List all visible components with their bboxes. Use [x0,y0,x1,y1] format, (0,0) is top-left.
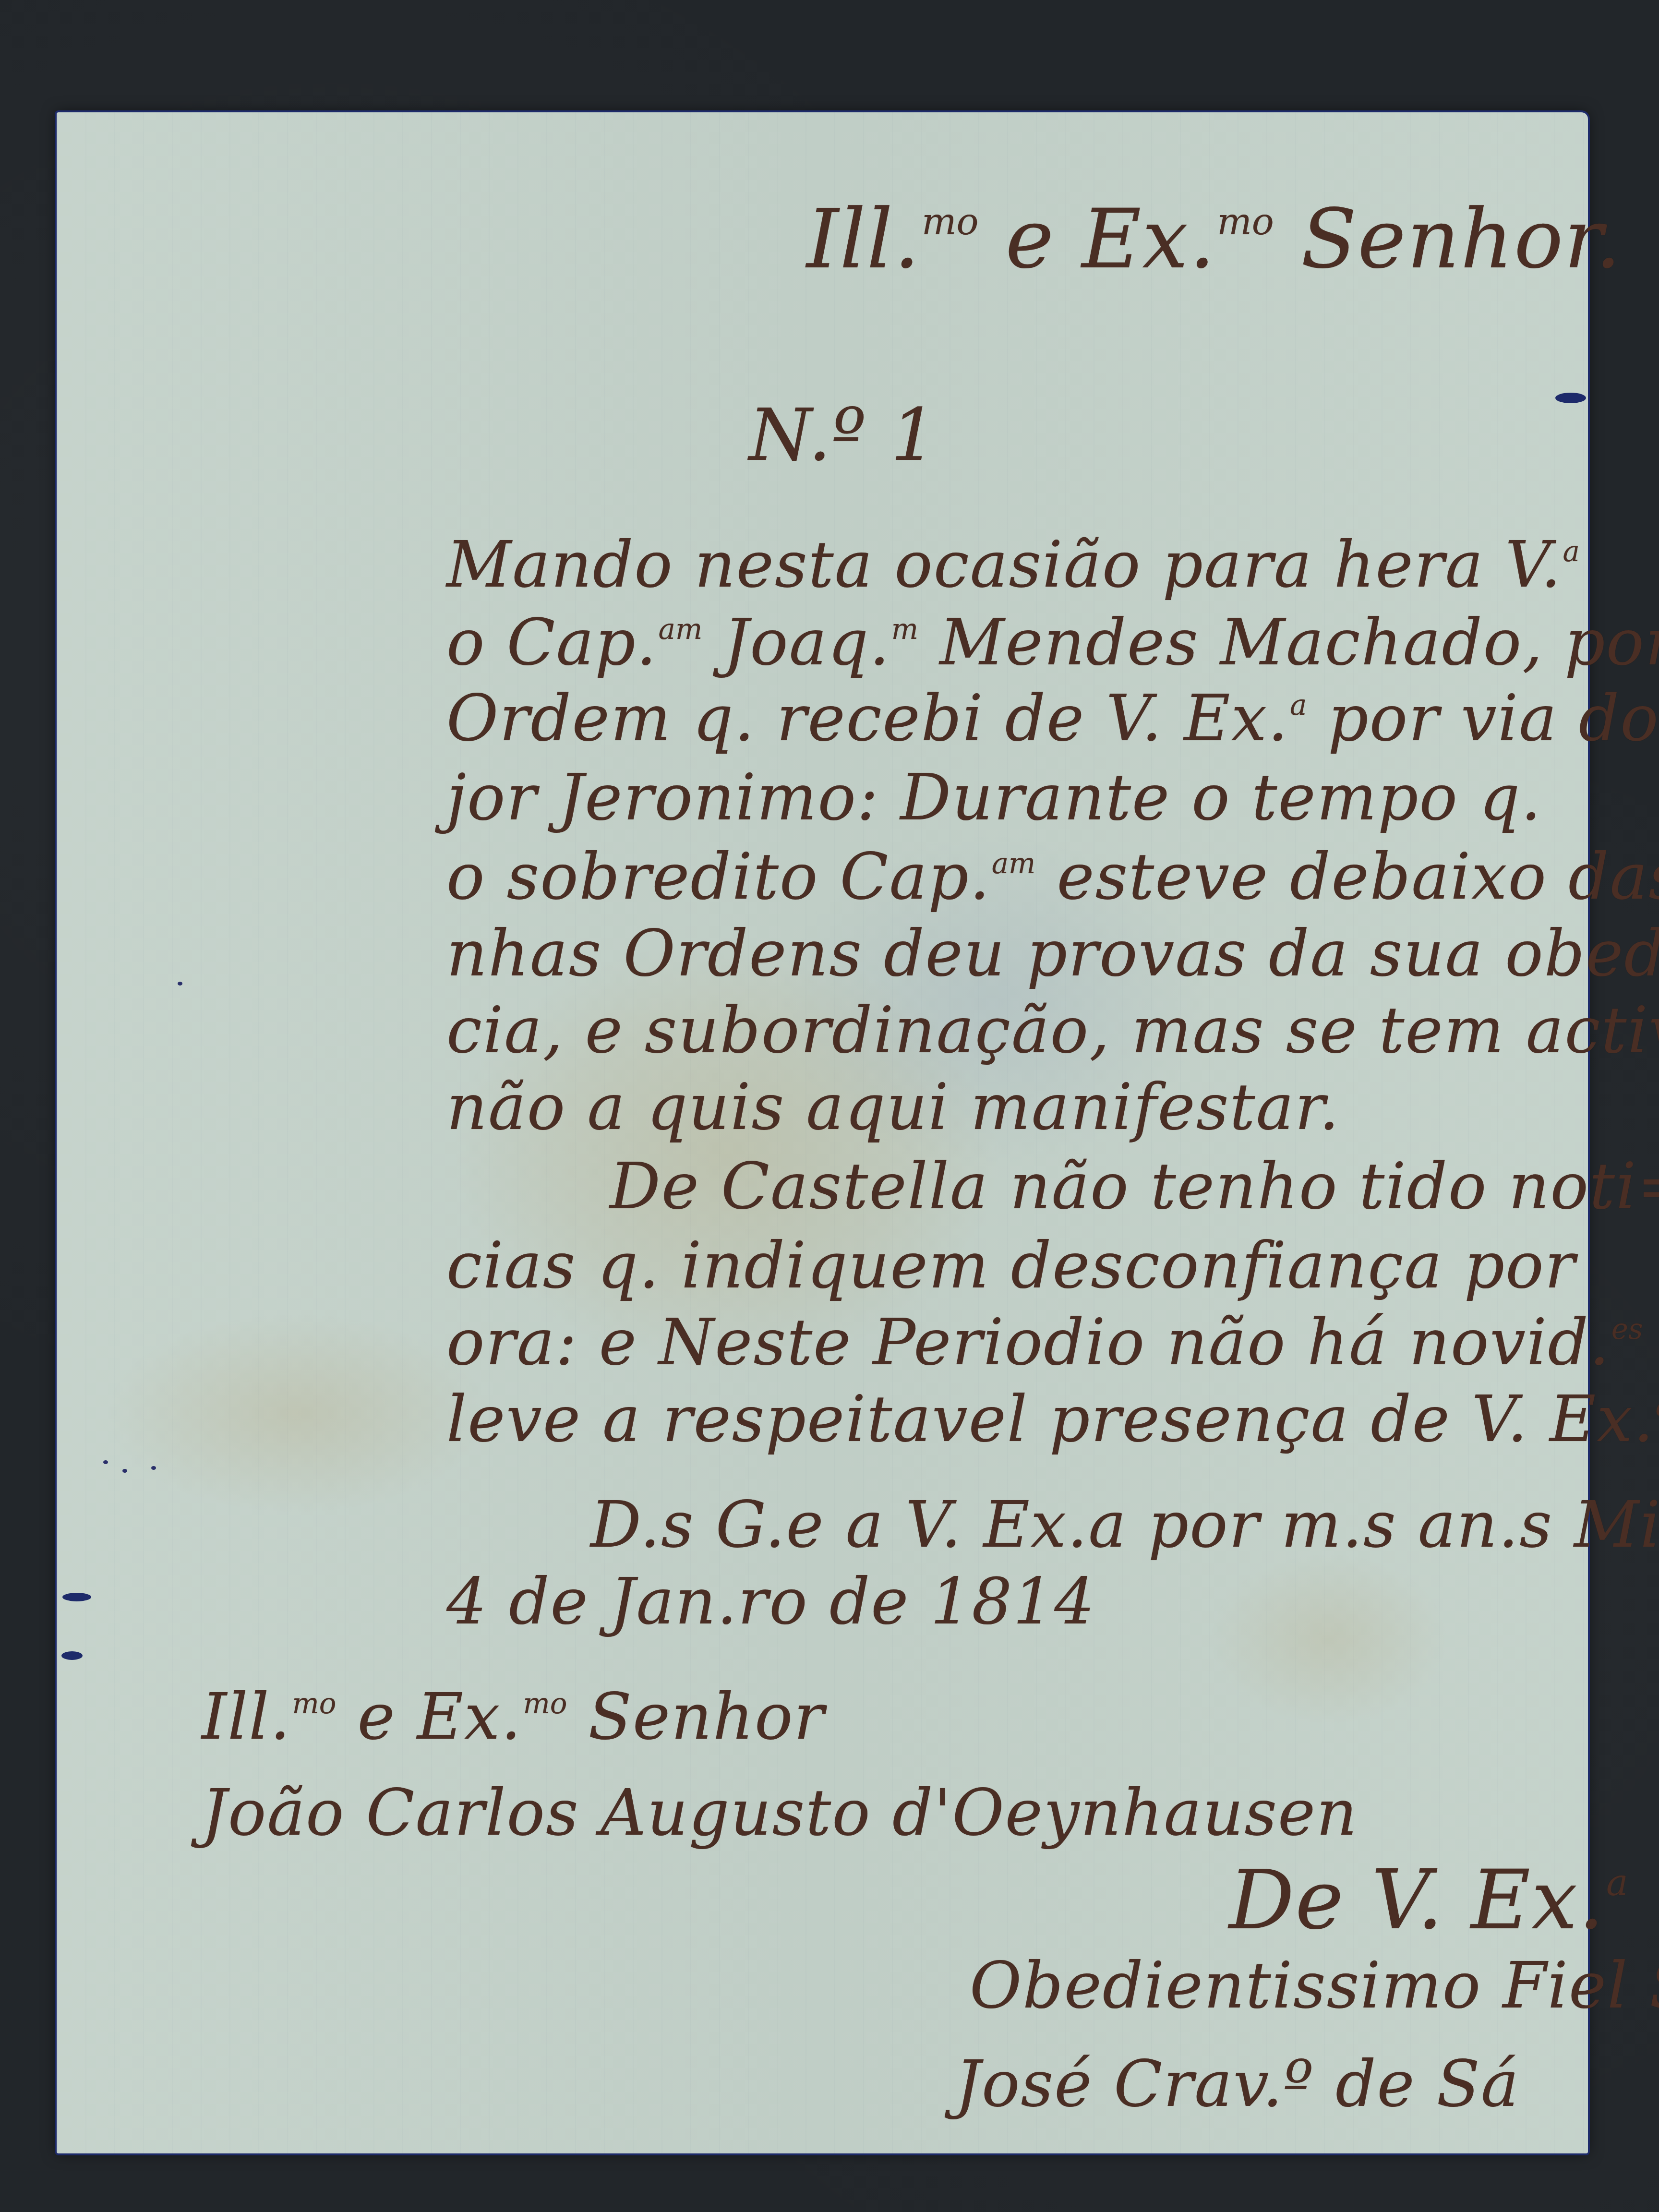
body-line: não a quis aqui manifestar. [446,1070,1340,1144]
edge-tear-mark [62,1593,91,1601]
water-stain [1209,1552,1449,1725]
body-line: cias q. indiquem desconfiança por [446,1229,1576,1303]
edge-tear-mark [61,1651,83,1660]
superscript: a [1563,535,1580,568]
salutation-senhor: Senhor. [1301,192,1622,287]
ink-dot [151,1466,156,1470]
body-text: cia, e subordinação, mas se tem activida… [446,994,1659,1068]
salutation-ill: Ill. [806,192,921,287]
body-line: Mando nesta ocasião para hera V.a [446,528,1580,602]
body-line: nhas Ordens deu provas da sua obedien= [446,917,1659,991]
body-text: o sobredito Cap. [446,840,991,914]
body-line: De Castella não tenho tido noti= [610,1150,1659,1224]
superscript: m [891,613,918,646]
superscript: mo [922,201,979,243]
signature-text: De V. Ex. [1229,1853,1605,1948]
body-text: Mendes Machado, por [939,606,1659,680]
body-line: jor Jeronimo: Durante o tempo q. [446,761,1542,835]
superscript: es [1611,1313,1643,1346]
body-text: por via do Ma= [1328,682,1659,756]
water-stain [105,1312,489,1514]
de-vossa-excelencia: De V. Ex.a [1229,1853,1628,1948]
superscript: a [1606,1862,1628,1904]
superscript: mo [523,1687,567,1720]
superscript: a [1290,689,1307,722]
body-text: Mando nesta ocasião para hera V. [446,528,1562,602]
signature-text: Obedientissimo Fiel Sub. [970,1949,1659,2023]
date-line: 4 de Jan.ro de 1814 [446,1565,1095,1639]
body-text: ora: e Neste Periodio não há novid. [446,1306,1611,1380]
body-text: o Cap. [446,606,658,680]
closing-formula: D.s G.e a V. Ex.a por m.s an.s Mind.a [590,1488,1659,1562]
letter-number: N.º 1 [749,394,938,477]
body-text: Joaq. [723,606,890,680]
body-text: Ordem q. recebi de V. Ex. [446,682,1289,756]
superscript: mo [292,1687,337,1720]
addressee-senhor: Senhor [588,1680,825,1754]
body-line: leve a respeitavel presença de V. Ex.a [446,1382,1659,1456]
body-text: jor Jeronimo: Durante o tempo q. [446,761,1542,835]
ink-dot [103,1460,108,1464]
edge-tear-mark [1555,393,1586,403]
body-text: cias q. indiquem desconfiança por [446,1229,1576,1303]
body-line: o sobredito Cap.am esteve debaixo das mi… [446,840,1659,914]
salutation: Ill.mo e Ex.mo Senhor. [806,192,1622,287]
signer-name: José Crav.º de Sá [955,2047,1520,2121]
body-text: De Castella não tenho tido noti= [610,1150,1659,1224]
addressee-ill: Ill. [202,1680,291,1754]
superscript: am [992,847,1036,880]
body-line: o Cap.am Joaq.m Mendes Machado, por [446,606,1659,680]
ink-dot [178,982,182,986]
superscript: am [659,613,703,646]
obedient-formula: Obedientissimo Fiel Sub.to [970,1949,1659,2023]
addressee-exmo: e Ex. [358,1680,522,1754]
body-text: leve a respeitavel presença de V. Ex. [446,1382,1655,1456]
body-line: cia, e subordinação, mas se tem activida… [446,994,1659,1068]
scanner-background: Ill.mo e Ex.mo Senhor. N.º 1 Mando nesta… [0,0,1659,2212]
superscript: mo [1217,201,1274,243]
body-text: nhas Ordens deu provas da sua obedien= [446,917,1659,991]
addressee-name: João Carlos Augusto d'Oeynhausen [202,1776,1358,1850]
ink-dot [122,1469,127,1473]
superscript: a [1656,1390,1659,1423]
body-line: ora: e Neste Periodio não há novid.es q. [446,1306,1659,1380]
addressee-honorific: Ill.mo e Ex.mo Senhor [202,1680,825,1754]
body-text: esteve debaixo das mi= [1057,840,1659,914]
body-text: não a quis aqui manifestar. [446,1070,1340,1144]
salutation-exmo: e Ex. [1006,192,1216,287]
body-line: Ordem q. recebi de V. Ex.a por via do Ma… [446,682,1659,756]
